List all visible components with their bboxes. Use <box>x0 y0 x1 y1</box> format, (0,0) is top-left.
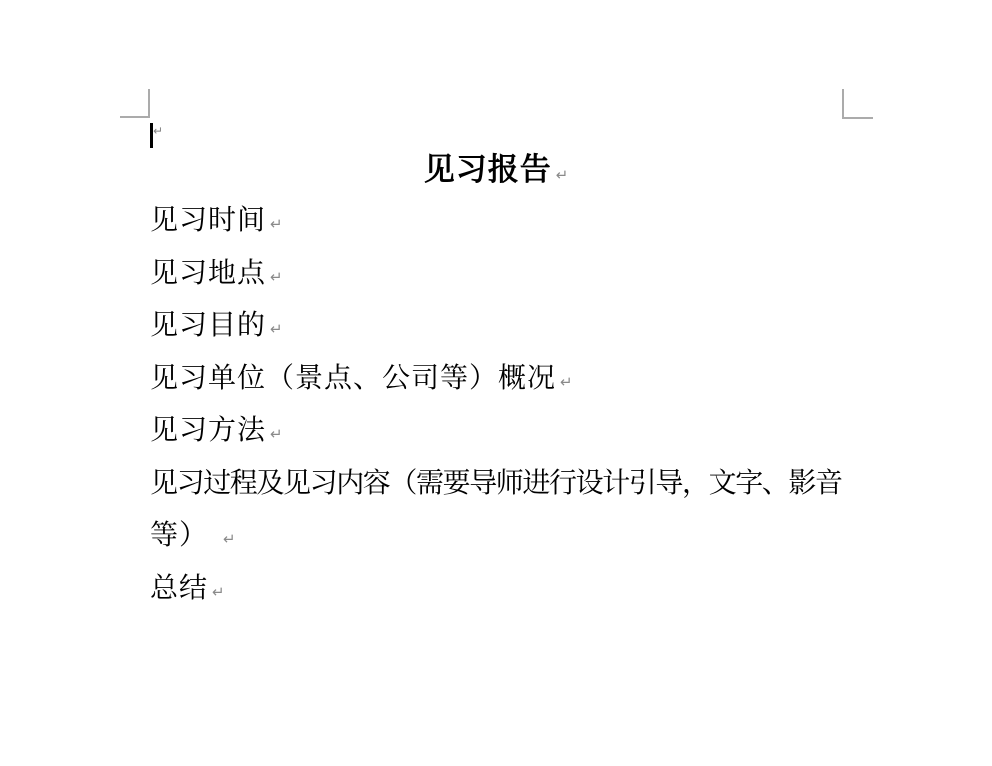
line-text[interactable]: 见习过程及见习内容（需要导师进行设计引导，文字、影音 <box>150 468 842 499</box>
document-title[interactable]: 见习报告 <box>424 152 552 187</box>
line-text[interactable]: 总结 <box>150 573 208 604</box>
title-paragraph[interactable]: 见习报告↵ <box>150 145 842 195</box>
pilcrow-mark: ↵ <box>270 425 283 443</box>
pilcrow-mark: ↵ <box>556 166 569 184</box>
margin-crop-mark-top-right <box>843 117 873 119</box>
margin-crop-mark-top-right <box>842 89 844 119</box>
margin-crop-mark-top-left <box>148 89 150 118</box>
line-text[interactable]: 见习方法 <box>150 415 266 446</box>
line-text[interactable]: 见习目的 <box>150 310 266 341</box>
body-line[interactable]: 见习时间↵ <box>150 195 842 248</box>
body-line[interactable]: 见习地点↵ <box>150 248 842 301</box>
body-line[interactable]: 见习方法↵ <box>150 405 842 458</box>
body-line[interactable]: 见习单位（景点、公司等）概况↵ <box>150 353 842 406</box>
body-line[interactable]: 等）↵ <box>150 510 842 563</box>
body-line[interactable]: 见习目的↵ <box>150 300 842 353</box>
pilcrow-mark: ↵ <box>153 124 163 138</box>
line-text[interactable]: 等） <box>150 520 208 551</box>
pilcrow-mark: ↵ <box>270 215 283 233</box>
pilcrow-mark: ↵ <box>212 583 225 601</box>
document-text-area[interactable]: ↵ 见习报告↵ 见习时间↵ 见习地点↵ 见习目的↵ 见习单位（景点、公司等）概况… <box>150 115 842 615</box>
pilcrow-mark: ↵ <box>270 268 283 286</box>
line-text[interactable]: 见习时间 <box>150 205 266 236</box>
margin-crop-mark-top-left <box>120 116 149 118</box>
body-line[interactable]: 见习过程及见习内容（需要导师进行设计引导，文字、影音 <box>150 458 842 511</box>
pilcrow-mark: ↵ <box>560 373 573 391</box>
line-text[interactable]: 见习地点 <box>150 258 266 289</box>
pilcrow-mark: ↵ <box>223 530 236 548</box>
empty-paragraph[interactable]: ↵ <box>150 115 842 145</box>
document-page[interactable]: ↵ 见习报告↵ 见习时间↵ 见习地点↵ 见习目的↵ 见习单位（景点、公司等）概况… <box>0 0 992 766</box>
line-text[interactable]: 见习单位（景点、公司等）概况 <box>150 363 556 394</box>
body-line[interactable]: 总结↵ <box>150 563 842 616</box>
pilcrow-mark: ↵ <box>270 320 283 338</box>
